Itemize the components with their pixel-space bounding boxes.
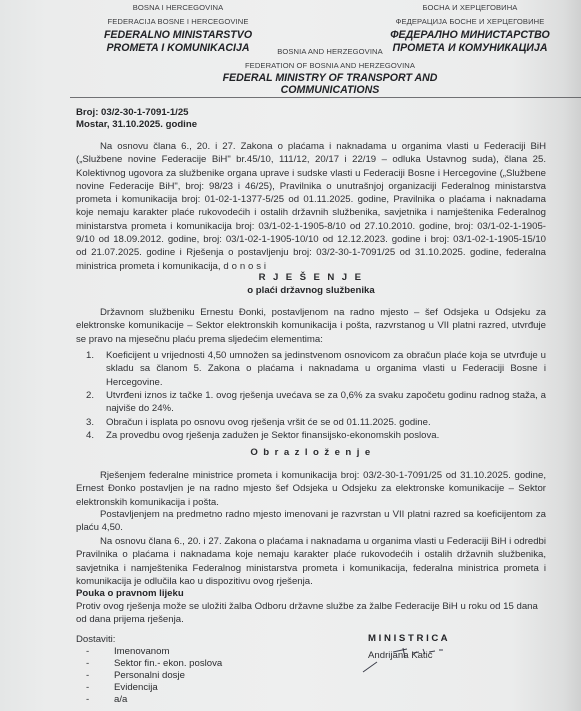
delivery-item: -Imenovanom xyxy=(86,646,169,659)
delivery-item: -Sektor fin.- ekon. poslova xyxy=(86,658,222,671)
item-number: 3. xyxy=(76,416,106,429)
header-left-federation: FEDERACIJA BOSNE I HERCEGOVINE xyxy=(58,17,298,26)
item-number: 1. xyxy=(76,349,106,389)
header-center-ministry-line2: COMMUNICATIONS xyxy=(160,84,500,97)
header-left-ministry-line1: FEDERALNO MINISTARSTVO xyxy=(58,29,298,42)
delivery-item-label: Sektor fin.- ekon. poslova xyxy=(114,658,222,671)
decision-subtitle: o plaći državnog službenika xyxy=(76,284,546,297)
header-right-ministry-line1: ФЕДЕРАЛНО МИНИСТАРСТВО xyxy=(345,29,581,42)
legal-remedy-text: Protiv ovog rješenja može se uložiti žal… xyxy=(76,600,546,627)
decision-item: 3. Obračun i isplata po osnovu ovog rješ… xyxy=(76,416,546,429)
delivery-item: -a/a xyxy=(86,694,127,707)
delivery-item: -Personalni dosje xyxy=(86,670,185,683)
delivery-item-label: a/a xyxy=(114,694,127,707)
dash-bullet: - xyxy=(86,646,114,659)
header-center-federation: FEDERATION OF BOSNIA AND HERZEGOVINA xyxy=(160,61,500,70)
header-divider xyxy=(70,97,581,98)
item-text: Koeficijent u vrijednosti 4,50 umnožen s… xyxy=(106,349,546,389)
legal-remedy-title: Pouka o pravnom lijeku xyxy=(76,587,184,600)
decision-item: 4. Za provedbu ovog rješenja zadužen je … xyxy=(76,429,546,442)
reference-place-date: Mostar, 31.10.2025. godine xyxy=(76,118,197,131)
item-text: Obračun i isplata po osnovu ovog rješenj… xyxy=(106,416,546,429)
reasoning-paragraph: Na osnovu člana 6., 20. i 27. Zakona o p… xyxy=(76,535,546,588)
signature-name: Andrijana Katić xyxy=(368,650,433,661)
delivery-item-label: Evidencija xyxy=(114,682,158,695)
reasoning-paragraph: Rješenjem federalne ministrice prometa i… xyxy=(76,469,546,509)
decision-item: 1. Koeficijent u vrijednosti 4,50 umnože… xyxy=(76,349,546,389)
header-right-federation: ФЕДЕРАЦИЈА БОСНЕ И ХЕРЦЕГОВИНЕ xyxy=(345,17,581,26)
dash-bullet: - xyxy=(86,694,114,707)
decision-item: 2. Utvrđeni iznos iz tačke 1. ovog rješe… xyxy=(76,389,546,416)
delivery-item-label: Personalni dosje xyxy=(114,670,185,683)
delivery-item: -Evidencija xyxy=(86,682,158,695)
item-text: Za provedbu ovog rješenja zadužen je Sek… xyxy=(106,429,546,442)
header-right-country: БОСНА И ХЕРЦЕГОВИНА xyxy=(345,3,581,12)
dash-bullet: - xyxy=(86,682,114,695)
decision-intro: Državnom službeniku Ernestu Đonki, posta… xyxy=(76,306,546,346)
item-number: 2. xyxy=(76,389,106,416)
preamble: Na osnovu člana 6., 20. i 27. Zakona o p… xyxy=(76,140,546,273)
delivery-label: Dostaviti: xyxy=(76,633,115,646)
dash-bullet: - xyxy=(86,658,114,671)
delivery-item-label: Imenovanom xyxy=(114,646,169,659)
item-number: 4. xyxy=(76,429,106,442)
reasoning-title: O b r a z l o ž e n j e xyxy=(76,447,546,458)
item-text: Utvrđeni iznos iz tačke 1. ovog rješenja… xyxy=(106,389,546,416)
decision-title: R J E Š E N J E xyxy=(76,272,546,283)
header-center-country: BOSNIA AND HERZEGOVINA xyxy=(180,47,480,56)
reasoning-paragraph: Postavljenjem na predmetno radno mjesto … xyxy=(76,508,546,535)
header-left-country: BOSNA I HERCEGOVINA xyxy=(88,3,268,12)
dash-bullet: - xyxy=(86,670,114,683)
